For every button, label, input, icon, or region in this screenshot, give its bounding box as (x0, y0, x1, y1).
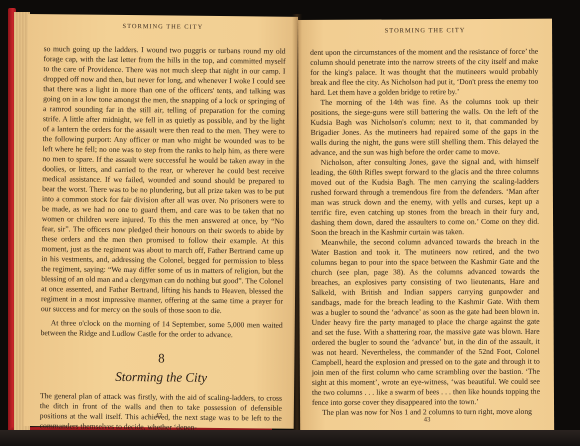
book-gutter (292, 14, 302, 430)
chapter-title: Storming the City (40, 368, 282, 386)
paragraph: dent upon the circumstances of the momen… (310, 47, 538, 98)
left-page-body: so much going up the ladders. I wound tw… (40, 44, 286, 434)
table-surface (0, 430, 580, 446)
paragraph: so much going up the ladders. I wound tw… (41, 44, 286, 317)
right-page: STORMING THE CITY dent upon the circumst… (298, 19, 554, 432)
chapter-number: 8 (40, 350, 282, 367)
right-page-body: dent upon the circumstances of the momen… (310, 47, 540, 418)
left-page: STORMING THE CITY so much going up the l… (24, 14, 298, 429)
paragraph: Nicholson, after consulting Jones, gave … (311, 157, 539, 238)
running-head-right: STORMING THE CITY (298, 27, 552, 35)
page-number-right: 43 (300, 416, 554, 424)
paragraph: The morning of the 14th was fine. As the… (310, 97, 538, 158)
paragraph: At three o'clock on the morning of 14 Se… (41, 318, 283, 341)
open-book-photo: STORMING THE CITY so much going up the l… (0, 0, 580, 446)
running-head-left: STORMING THE CITY (28, 22, 298, 32)
paragraph: Meanwhile, the second column advanced to… (311, 237, 540, 408)
